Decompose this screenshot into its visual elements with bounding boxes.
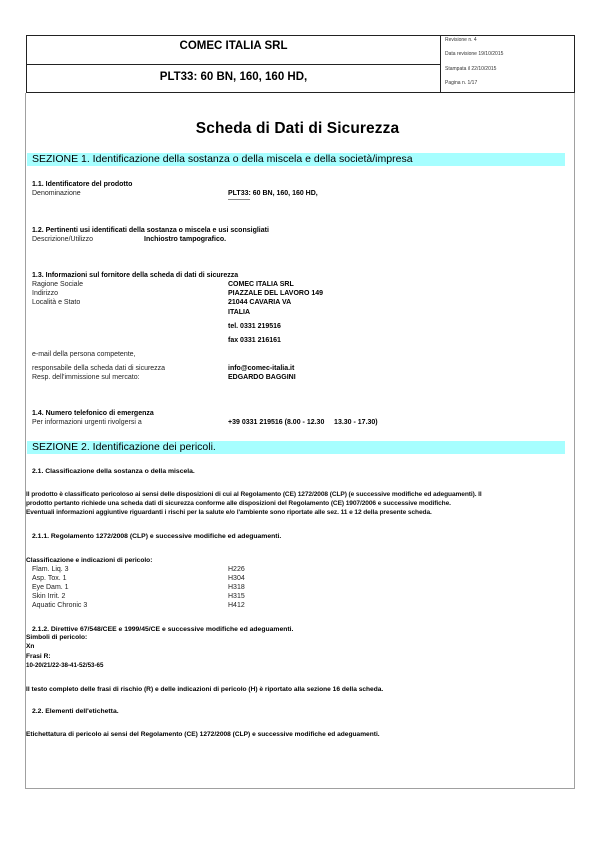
r-phrases-label: Frasi R: [26, 652, 51, 661]
s2-1-title: 2.1. Classificazione della sostanza o de… [32, 467, 195, 476]
s2-1-1-title: 2.1.1. Regolamento 1272/2008 (CLP) e suc… [32, 532, 281, 541]
s1-3-fax: fax 0331 216161 [228, 336, 281, 345]
email-link[interactable]: info@comec-italia.it [228, 364, 294, 373]
revision-date: Data revisione 19/10/2015 [445, 51, 503, 57]
s1-3-label-2: Località e Stato [32, 298, 80, 307]
revision-number: Revisione n. 4 [445, 37, 477, 43]
class-code: H226 [228, 565, 245, 574]
s2-1-text: Il prodotto è classificato pericoloso ai… [26, 490, 571, 517]
print-date: Stampata il 22/10/2015 [445, 66, 496, 72]
resp-label: Resp. dell'immissione sul mercato: [32, 373, 140, 382]
class-name: Eye Dam. 1 [32, 583, 69, 592]
s1-4-label: Per informazioni urgenti rivolgersi a [32, 418, 142, 427]
class-name: Asp. Tox. 1 [32, 574, 67, 583]
full-text-note: Il testo completo delle frasi di rischio… [26, 685, 383, 694]
s1-2-value: Inchiostro tampografico. [144, 235, 226, 244]
section-1-heading: SEZIONE 1. Identificazione della sostanz… [27, 153, 565, 166]
symbols-label: Simboli di pericolo: [26, 633, 87, 642]
s1-2-label: Descrizione/Utilizzo [32, 235, 93, 244]
product-underline [228, 199, 250, 200]
s1-3-value-0: COMEC ITALIA SRL [228, 280, 294, 289]
product-name: PLT33: 60 BN, 160, 160 HD, [27, 65, 440, 92]
s1-3-value-2: 21044 CAVARIA VA [228, 298, 291, 307]
s2-2-text: Etichettatura di pericolo ai sensi del R… [26, 730, 380, 739]
s1-4-value: +39 0331 219516 (8.00 - 12.30 13.30 - 17… [228, 418, 378, 427]
s1-4-title: 1.4. Numero telefonico di emergenza [32, 409, 154, 418]
resp-value: EDGARDO BAGGINI [228, 373, 296, 382]
s1-2-title: 1.2. Pertinenti usi identificati della s… [32, 226, 269, 235]
s1-1-value: PLT33: 60 BN, 160, 160 HD, [228, 189, 318, 198]
document-title: Scheda di Dati di Sicurezza [0, 120, 595, 138]
class-label: Classificazione e indicazioni di pericol… [26, 556, 152, 565]
class-name: Skin Irrit. 2 [32, 592, 65, 601]
class-name: Flam. Liq. 3 [32, 565, 69, 574]
email-label-2: responsabile della scheda dati di sicure… [32, 364, 165, 373]
class-code: H315 [228, 592, 245, 601]
class-code: H412 [228, 601, 245, 610]
s1-3-label-0: Ragione Sociale [32, 280, 83, 289]
s2-1-text-line-2: prodotto pertanto richiede una scheda da… [26, 499, 571, 508]
s1-1-title: 1.1. Identificatore del prodotto [32, 180, 132, 189]
class-code: H304 [228, 574, 245, 583]
header-left: COMEC ITALIA SRL PLT33: 60 BN, 160, 160 … [27, 36, 441, 92]
page-number: Pagina n. 1/17 [445, 80, 477, 86]
s1-3-title: 1.3. Informazioni sul fornitore della sc… [32, 271, 238, 280]
header-meta: Revisione n. 4 Data revisione 19/10/2015… [445, 36, 573, 92]
section-2-heading: SEZIONE 2. Identificazione dei pericoli. [27, 441, 565, 454]
s2-1-text-line-1: Il prodotto è classificato pericoloso ai… [26, 490, 571, 499]
class-code: H318 [228, 583, 245, 592]
document-header: COMEC ITALIA SRL PLT33: 60 BN, 160, 160 … [26, 35, 575, 93]
email-label-1: e-mail della persona competente, [32, 350, 136, 359]
r-phrases-value: 10-20/21/22-38-41-52/53-65 [26, 661, 103, 670]
s2-1-text-line-3: Eventuali informazioni aggiuntive riguar… [26, 508, 571, 517]
s1-1-label: Denominazione [32, 189, 81, 198]
s1-3-tel: tel. 0331 219516 [228, 322, 281, 331]
s1-3-label-1: Indirizzo [32, 289, 58, 298]
company-name: COMEC ITALIA SRL [27, 36, 440, 65]
s1-3-value-1: PIAZZALE DEL LAVORO 149 [228, 289, 323, 298]
class-name: Aquatic Chronic 3 [32, 601, 87, 610]
s1-3-value-3: ITALIA [228, 308, 250, 317]
symbols-value: Xn [26, 642, 34, 651]
s2-2-title: 2.2. Elementi dell'etichetta. [32, 707, 119, 716]
